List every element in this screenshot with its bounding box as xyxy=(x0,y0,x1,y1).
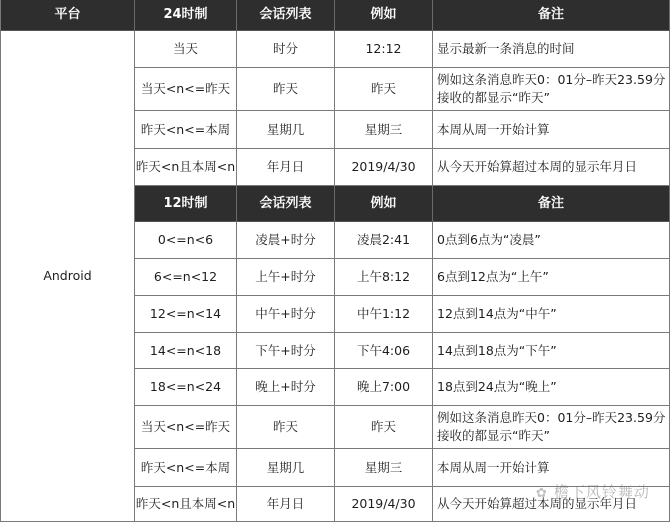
remark-text: 本周从周一开始计算 xyxy=(437,121,550,139)
display-text: 晚上+时分 xyxy=(255,378,315,396)
display-text: 上午+时分 xyxy=(255,268,315,286)
header-24h-condition: 24时制 xyxy=(135,0,237,31)
remark-text: 0点到6点为“凌晨” xyxy=(437,231,541,249)
example-text: 2019/4/30 xyxy=(351,495,415,513)
remark-cell: 本周从周一开始计算 xyxy=(433,111,670,149)
display-text: 星期几 xyxy=(267,121,305,139)
display-text: 昨天 xyxy=(273,418,298,436)
remark-text-line-1: 例如这条消息昨天0：01分–昨天23.59分 xyxy=(437,409,665,427)
header-12h-example-label: 例如 xyxy=(370,195,396,213)
display-cell: 中午+时分 xyxy=(237,296,335,333)
condition-text: 当天 xyxy=(173,40,198,58)
condition-cell: 当天<n<=昨天 xyxy=(135,406,237,449)
condition-cell: 12<=n<14 xyxy=(135,296,237,333)
remark-cell: 0点到6点为“凌晨” xyxy=(433,222,670,259)
header-conversation-list: 会话列表 xyxy=(237,0,335,31)
remark-cell: 例如这条消息昨天0：01分–昨天23.59分接收的都显示“昨天” xyxy=(433,406,670,449)
remark-cell: 12点到14点为“中午” xyxy=(433,296,670,333)
header-12h-condition: 12时制 xyxy=(135,186,237,222)
display-cell: 上午+时分 xyxy=(237,259,335,296)
display-cell: 下午+时分 xyxy=(237,333,335,369)
example-text: 12:12 xyxy=(365,40,401,58)
platform-value: Android xyxy=(43,267,91,285)
header-remark: 备注 xyxy=(433,0,670,31)
condition-text: 12<=n<14 xyxy=(150,305,221,323)
condition-cell: 6<=n<12 xyxy=(135,259,237,296)
display-cell: 星期几 xyxy=(237,111,335,149)
platform-cell: Android xyxy=(0,31,135,522)
condition-text: 18<=n<24 xyxy=(150,378,221,396)
header-12h-remark-label: 备注 xyxy=(538,195,564,213)
display-cell: 年月日 xyxy=(237,487,335,522)
example-text: 下午4:06 xyxy=(357,342,410,360)
remark-cell: 例如这条消息昨天0：01分–昨天23.59分接收的都显示“昨天” xyxy=(433,68,670,111)
display-text: 凌晨+时分 xyxy=(255,231,315,249)
display-cell: 凌晨+时分 xyxy=(237,222,335,259)
display-text: 年月日 xyxy=(267,158,305,176)
condition-cell: 当天 xyxy=(135,31,237,68)
remark-text: 12点到14点为“中午” xyxy=(437,305,557,323)
condition-cell: 昨天<n且本周<n xyxy=(135,487,237,522)
condition-text: 昨天<n且本周<n xyxy=(136,495,235,513)
remark-text: 本周从周一开始计算 xyxy=(437,459,550,477)
header-12h-label: 12时制 xyxy=(163,195,207,213)
header-remark-label: 备注 xyxy=(538,6,564,24)
condition-text: 0<=n<6 xyxy=(158,231,213,249)
remark-text: 显示最新一条消息的时间 xyxy=(437,40,575,58)
display-text: 星期几 xyxy=(267,459,305,477)
remark-text: 18点到24点为“晚上” xyxy=(437,378,557,396)
example-cell: 星期三 xyxy=(335,449,433,487)
header-12h-conversation-list: 会话列表 xyxy=(237,186,335,222)
example-cell: 2019/4/30 xyxy=(335,149,433,186)
example-cell: 晚上7:00 xyxy=(335,369,433,406)
condition-cell: 14<=n<18 xyxy=(135,333,237,369)
display-text: 下午+时分 xyxy=(255,342,315,360)
remark-text-line-2: 接收的都显示“昨天” xyxy=(437,89,665,107)
condition-cell: 昨天<n<=本周 xyxy=(135,111,237,149)
example-cell: 中午1:12 xyxy=(335,296,433,333)
condition-cell: 昨天<n且本周<n xyxy=(135,149,237,186)
condition-text: 昨天<n<=本周 xyxy=(141,121,230,139)
example-cell: 12:12 xyxy=(335,31,433,68)
header-12h-conversation-list-label: 会话列表 xyxy=(259,195,311,213)
example-text: 昨天 xyxy=(371,418,396,436)
remark-cell: 显示最新一条消息的时间 xyxy=(433,31,670,68)
example-text: 上午8:12 xyxy=(357,268,410,286)
display-text: 中午+时分 xyxy=(255,305,315,323)
example-cell: 上午8:12 xyxy=(335,259,433,296)
header-conversation-list-label: 会话列表 xyxy=(259,6,311,24)
example-cell: 下午4:06 xyxy=(335,333,433,369)
example-cell: 2019/4/30 xyxy=(335,487,433,522)
display-text: 年月日 xyxy=(267,495,305,513)
display-cell: 年月日 xyxy=(237,149,335,186)
condition-cell: 当天<n<=昨天 xyxy=(135,68,237,111)
condition-cell: 昨天<n<=本周 xyxy=(135,449,237,487)
header-platform: 平台 xyxy=(0,0,135,31)
example-text: 星期三 xyxy=(365,459,403,477)
header-12h-remark: 备注 xyxy=(433,186,670,222)
condition-cell: 18<=n<24 xyxy=(135,369,237,406)
example-cell: 星期三 xyxy=(335,111,433,149)
remark-cell: 从今天开始算超过本周的显示年月日 xyxy=(433,487,670,522)
condition-text: 当天<n<=昨天 xyxy=(141,80,230,98)
remark-cell: 本周从周一开始计算 xyxy=(433,449,670,487)
condition-cell: 0<=n<6 xyxy=(135,222,237,259)
condition-text: 当天<n<=昨天 xyxy=(141,418,230,436)
display-cell: 昨天 xyxy=(237,406,335,449)
example-cell: 昨天 xyxy=(335,406,433,449)
remark-text-line-1: 例如这条消息昨天0：01分–昨天23.59分 xyxy=(437,71,665,89)
remark-text: 从今天开始算超过本周的显示年月日 xyxy=(437,158,637,176)
condition-text: 昨天<n且本周<n xyxy=(136,158,235,176)
remark-cell: 6点到12点为“上午” xyxy=(433,259,670,296)
time-display-rules-table: 平台 24时制 会话列表 例如 备注 Android 当天 时分 12:12 显… xyxy=(0,0,670,522)
example-text: 中午1:12 xyxy=(357,305,410,323)
condition-text: 14<=n<18 xyxy=(150,342,221,360)
remark-text: 14点到18点为“下午” xyxy=(437,342,557,360)
header-example-label: 例如 xyxy=(370,6,396,24)
condition-text: 昨天<n<=本周 xyxy=(141,459,230,477)
remark-cell: 18点到24点为“晚上” xyxy=(433,369,670,406)
display-cell: 昨天 xyxy=(237,68,335,111)
example-text: 昨天 xyxy=(371,80,396,98)
remark-text-line-2: 接收的都显示“昨天” xyxy=(437,427,665,445)
condition-text: 6<=n<12 xyxy=(154,268,217,286)
display-cell: 晚上+时分 xyxy=(237,369,335,406)
example-text: 2019/4/30 xyxy=(351,158,415,176)
example-text: 星期三 xyxy=(365,121,403,139)
example-text: 晚上7:00 xyxy=(357,378,410,396)
remark-text: 从今天开始算超过本周的显示年月日 xyxy=(437,495,637,513)
display-cell: 时分 xyxy=(237,31,335,68)
header-12h-example: 例如 xyxy=(335,186,433,222)
remark-text: 6点到12点为“上午” xyxy=(437,268,549,286)
display-cell: 星期几 xyxy=(237,449,335,487)
example-text: 凌晨2:41 xyxy=(357,231,410,249)
remark-cell: 14点到18点为“下午” xyxy=(433,333,670,369)
header-24h-label: 24时制 xyxy=(163,6,207,24)
example-cell: 凌晨2:41 xyxy=(335,222,433,259)
display-text: 时分 xyxy=(273,40,298,58)
header-platform-label: 平台 xyxy=(54,6,80,24)
example-cell: 昨天 xyxy=(335,68,433,111)
remark-cell: 从今天开始算超过本周的显示年月日 xyxy=(433,149,670,186)
header-example: 例如 xyxy=(335,0,433,31)
display-text: 昨天 xyxy=(273,80,298,98)
